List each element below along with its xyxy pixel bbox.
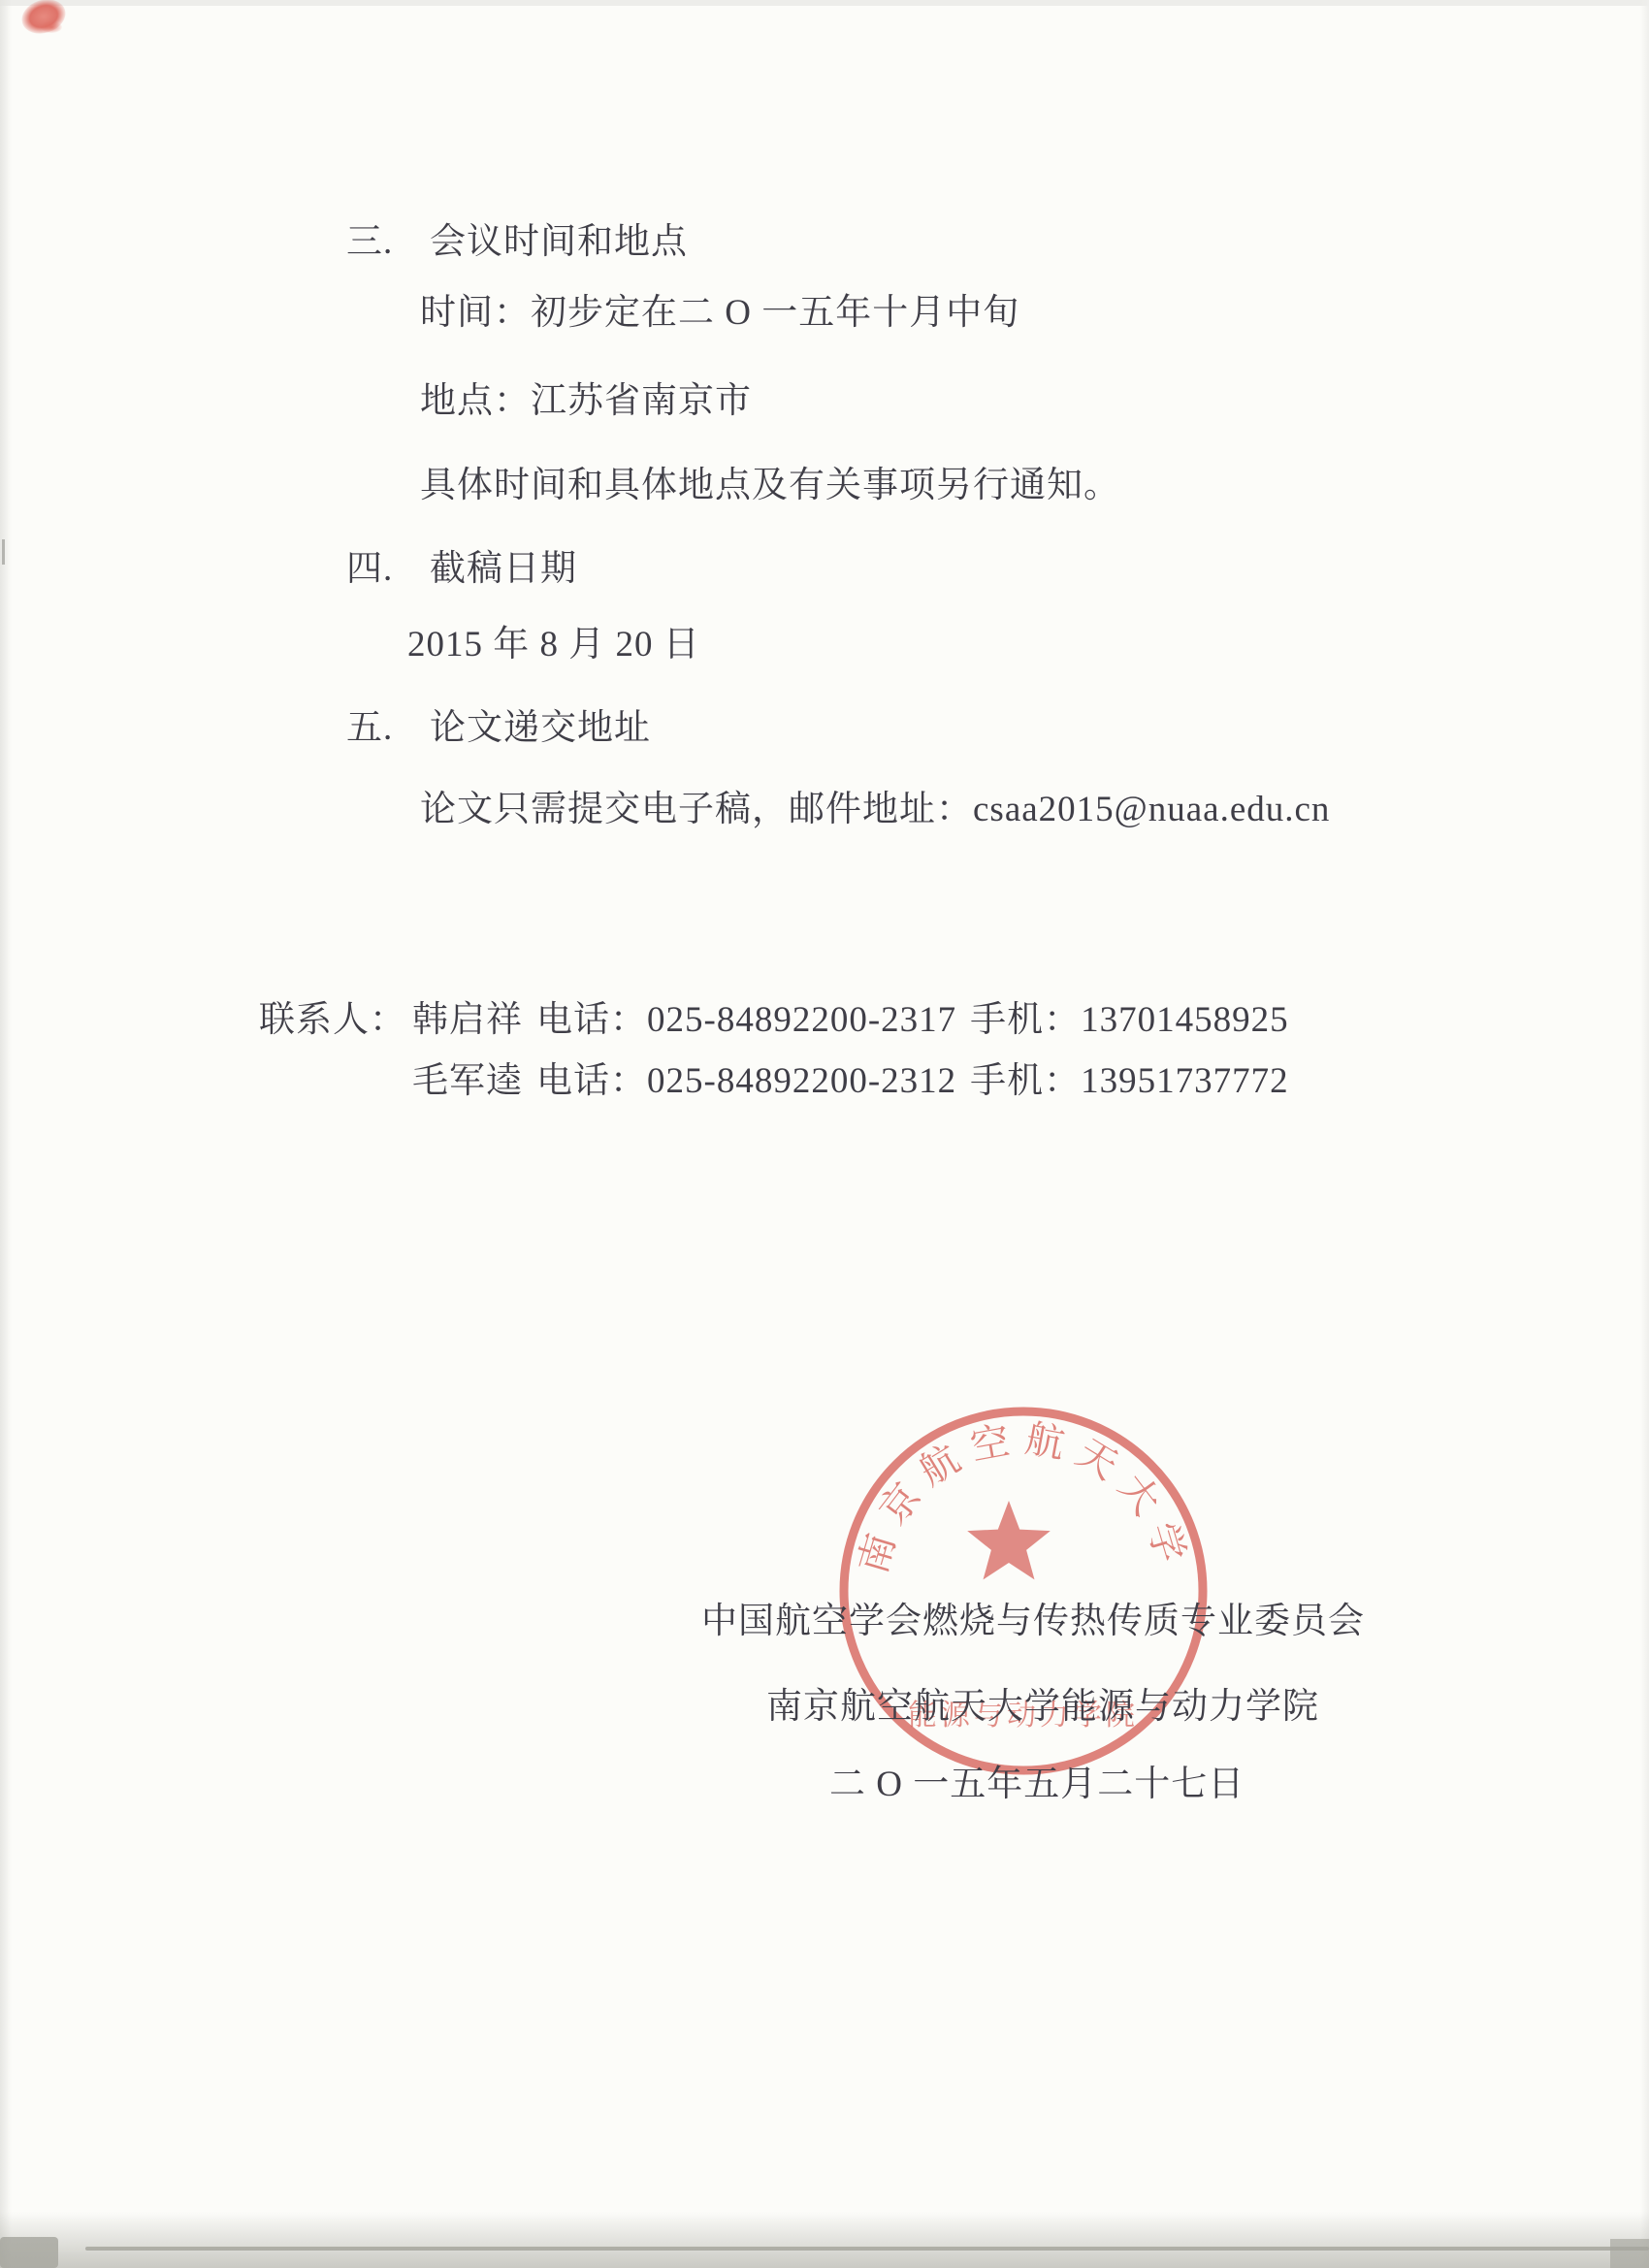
section-5-number: 五. <box>346 707 430 750</box>
contact-2-name: 毛军逵 <box>412 1061 523 1101</box>
scan-red-smudge <box>17 0 70 39</box>
scan-edge-left <box>0 0 12 2268</box>
scan-edge-top <box>0 0 1649 6</box>
section-3-title: 会议时间和地点 <box>430 222 688 262</box>
section-3-heading: 三.会议时间和地点 <box>346 221 688 264</box>
contact-2-phone: 025-84892200-2312 <box>647 1061 956 1101</box>
signature-school: 南京航空航天大学能源与动力学院 <box>766 1686 1319 1729</box>
scan-edge-right <box>1640 0 1649 2268</box>
section-4-heading: 四.截稿日期 <box>346 548 577 591</box>
contact-1-name: 韩启祥 <box>412 1000 523 1040</box>
meeting-note-line: 具体时间和具体地点及有关事项另行通知。 <box>420 465 1120 507</box>
section-4-title: 截稿日期 <box>430 549 577 589</box>
contact-2-mobile: 13951737772 <box>1081 1061 1289 1101</box>
deadline-line: 2015 年 8 月 20 日 <box>407 624 700 666</box>
signature-date: 二 O 一五年五月二十七日 <box>829 1764 1245 1806</box>
contact-label: 联系人： <box>259 999 412 1042</box>
contact-1-phone-label: 电话： <box>536 1000 647 1040</box>
section-5-heading: 五.论文递交地址 <box>346 707 651 750</box>
seal-star-icon <box>967 1501 1051 1579</box>
scan-bottom-shadow <box>0 2212 1649 2268</box>
contact-2-phone-label: 电话： <box>536 1061 647 1101</box>
contact-1-mobile: 13701458925 <box>1081 1000 1289 1040</box>
contact-1-phone: 025-84892200-2317 <box>647 1000 956 1040</box>
section-3-number: 三. <box>346 221 430 264</box>
scanned-document-page: 三.会议时间和地点 时间：初步定在二 O 一五年十月中旬 地点：江苏省南京市 具… <box>0 0 1649 2268</box>
contact-row-1: 联系人：韩启祥电话：025-84892200-2317手机：1370145892… <box>259 999 1289 1042</box>
signature-committee: 中国航空学会燃烧与传热传质专业委员会 <box>701 1601 1365 1643</box>
scan-left-tick <box>2 539 5 565</box>
contact-2-mobile-label: 手机： <box>970 1061 1081 1101</box>
submission-line: 论文只需提交电子稿，邮件地址：csaa2015@nuaa.edu.cn <box>420 789 1330 831</box>
contact-1-mobile-label: 手机： <box>970 1000 1081 1040</box>
official-red-seal: 南京航空航天大学 能源与动力学院 <box>820 1387 1227 1795</box>
section-5-title: 论文递交地址 <box>430 708 651 748</box>
contact-row-2: 毛军逵电话：025-84892200-2312手机：13951737772 <box>259 1060 1289 1103</box>
meeting-time-line: 时间：初步定在二 O 一五年十月中旬 <box>420 292 1019 335</box>
meeting-place-line: 地点：江苏省南京市 <box>420 380 752 423</box>
scan-red-smudge-small <box>41 21 62 33</box>
section-4-number: 四. <box>346 548 430 591</box>
